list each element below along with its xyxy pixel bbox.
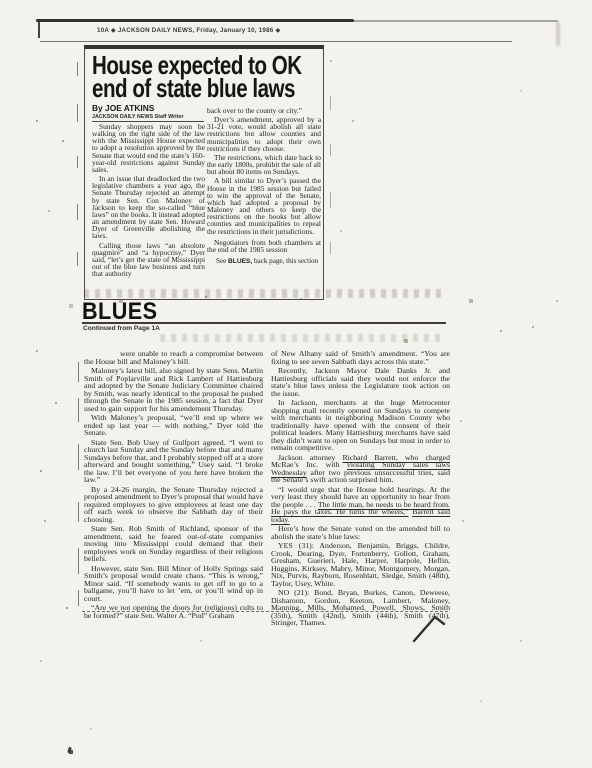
scan-noise-speckles bbox=[0, 0, 2, 2]
article-paragraph: Sunday shoppers may soon be walking on t… bbox=[92, 123, 205, 173]
margin-dash bbox=[78, 590, 79, 606]
article-paragraph: back over to the county or city.” bbox=[207, 107, 321, 114]
pen-dot-mark bbox=[67, 747, 72, 754]
blues-paragraph-quote: “I would urge that the House hold hearin… bbox=[271, 486, 450, 524]
margin-dash bbox=[78, 444, 79, 470]
masthead-rule bbox=[40, 41, 512, 42]
page-top-edge-mark-faint bbox=[352, 20, 558, 22]
blues-column-left: were unable to reach a compromise betwee… bbox=[84, 350, 263, 621]
blues-paragraph: By a 24-26 margin, the Senate Thursday r… bbox=[84, 486, 263, 524]
see-blues-note: See BLUES, back page, this section bbox=[207, 258, 321, 265]
section-bottom-rule bbox=[82, 611, 448, 612]
blues-paragraph: In Jackson, merchants at the huge Metroc… bbox=[271, 399, 450, 452]
margin-dash bbox=[330, 96, 331, 110]
article-paragraph: The restrictions, which date back to the… bbox=[207, 154, 321, 175]
blues-paragraph: of New Albany said of Smith’s amendment.… bbox=[271, 350, 450, 365]
margin-dash bbox=[77, 62, 78, 76]
article-column-right: back over to the county or city.” Dyer’s… bbox=[207, 107, 321, 267]
pen-checkmark bbox=[412, 614, 448, 646]
article-paragraph: Dyer’s amendment, approved by a 31-21 vo… bbox=[207, 116, 321, 152]
article-headline: House expected to OK end of state blue l… bbox=[92, 54, 302, 99]
masthead-dateline: 10A ◆ JACKSON DAILY NEWS, Friday, Januar… bbox=[97, 27, 280, 34]
margin-dash bbox=[78, 548, 79, 574]
blues-column-right: of New Albany said of Smith’s amendment.… bbox=[271, 350, 450, 629]
yes-votes-list: YES (31): Anderson, Benjamin, Briggs, Ch… bbox=[271, 542, 450, 587]
margin-dash bbox=[77, 104, 78, 122]
article-paragraph: A bill similar to Dyer’s passed the Hous… bbox=[207, 177, 321, 234]
blues-headline-rule bbox=[82, 322, 446, 324]
page-top-edge-mark bbox=[36, 19, 354, 22]
scan-streak bbox=[556, 22, 560, 46]
see-note-post: back page, this section bbox=[252, 257, 318, 265]
article-paragraph: In an issue that deadlocked the two legi… bbox=[92, 175, 205, 239]
article-byline: By JOE ATKINS bbox=[92, 103, 154, 113]
margin-dash bbox=[78, 502, 79, 522]
blues-paragraph: Here’s how the Senate voted on the amend… bbox=[271, 525, 450, 540]
blues-paragraph: Recently, Jackson Mayor Dale Danks Jr. a… bbox=[271, 367, 450, 397]
scanned-newspaper-page: 10A ◆ JACKSON DAILY NEWS, Friday, Januar… bbox=[0, 0, 592, 768]
margin-dash bbox=[77, 204, 78, 220]
margin-dash bbox=[330, 192, 331, 208]
article-column-left: Sunday shoppers may soon be walking on t… bbox=[92, 123, 205, 279]
blues-paragraph-barrett: Jackson attorney Richard Barrett, who ch… bbox=[271, 454, 450, 484]
blues-paragraph: With Maloney’s proposal, “we’ll end up w… bbox=[84, 414, 263, 437]
blues-paragraph: State Sen. Bob Usey of Gulfport agreed. … bbox=[84, 439, 263, 484]
see-note-pre: See bbox=[216, 257, 228, 265]
front-article-box: House expected to OK end of state blue l… bbox=[84, 45, 324, 300]
article-paragraph: Negotiators from both chambers at the en… bbox=[207, 239, 321, 253]
margin-dash bbox=[77, 252, 78, 266]
article-byline-title: JACKSON DAILY NEWS Staff Writer bbox=[92, 114, 204, 123]
margin-dash bbox=[78, 398, 79, 422]
margin-dash bbox=[330, 144, 331, 156]
blues-paragraph: were unable to reach a compromise betwee… bbox=[84, 350, 263, 365]
blues-paragraph: However, state Sen. Bill Minor of Holly … bbox=[84, 565, 263, 603]
margin-dash bbox=[77, 156, 78, 168]
margin-dash bbox=[330, 242, 331, 254]
blues-paragraph: State Sen. Rob Smith of Richland, sponso… bbox=[84, 525, 263, 563]
blues-paragraph: Maloney’s latest bill, also signed by st… bbox=[84, 367, 263, 412]
scan-smudge-band bbox=[160, 334, 446, 342]
continued-from-line: Continued from Page 1A bbox=[83, 325, 160, 332]
article-paragraph: Calling those laws “an absolute quagmire… bbox=[92, 242, 205, 278]
margin-dash bbox=[78, 362, 79, 382]
page-corner-mark bbox=[38, 22, 40, 38]
see-note-bold: BLUES, bbox=[228, 258, 252, 265]
headline-line-2: end of state blue laws bbox=[92, 73, 295, 103]
